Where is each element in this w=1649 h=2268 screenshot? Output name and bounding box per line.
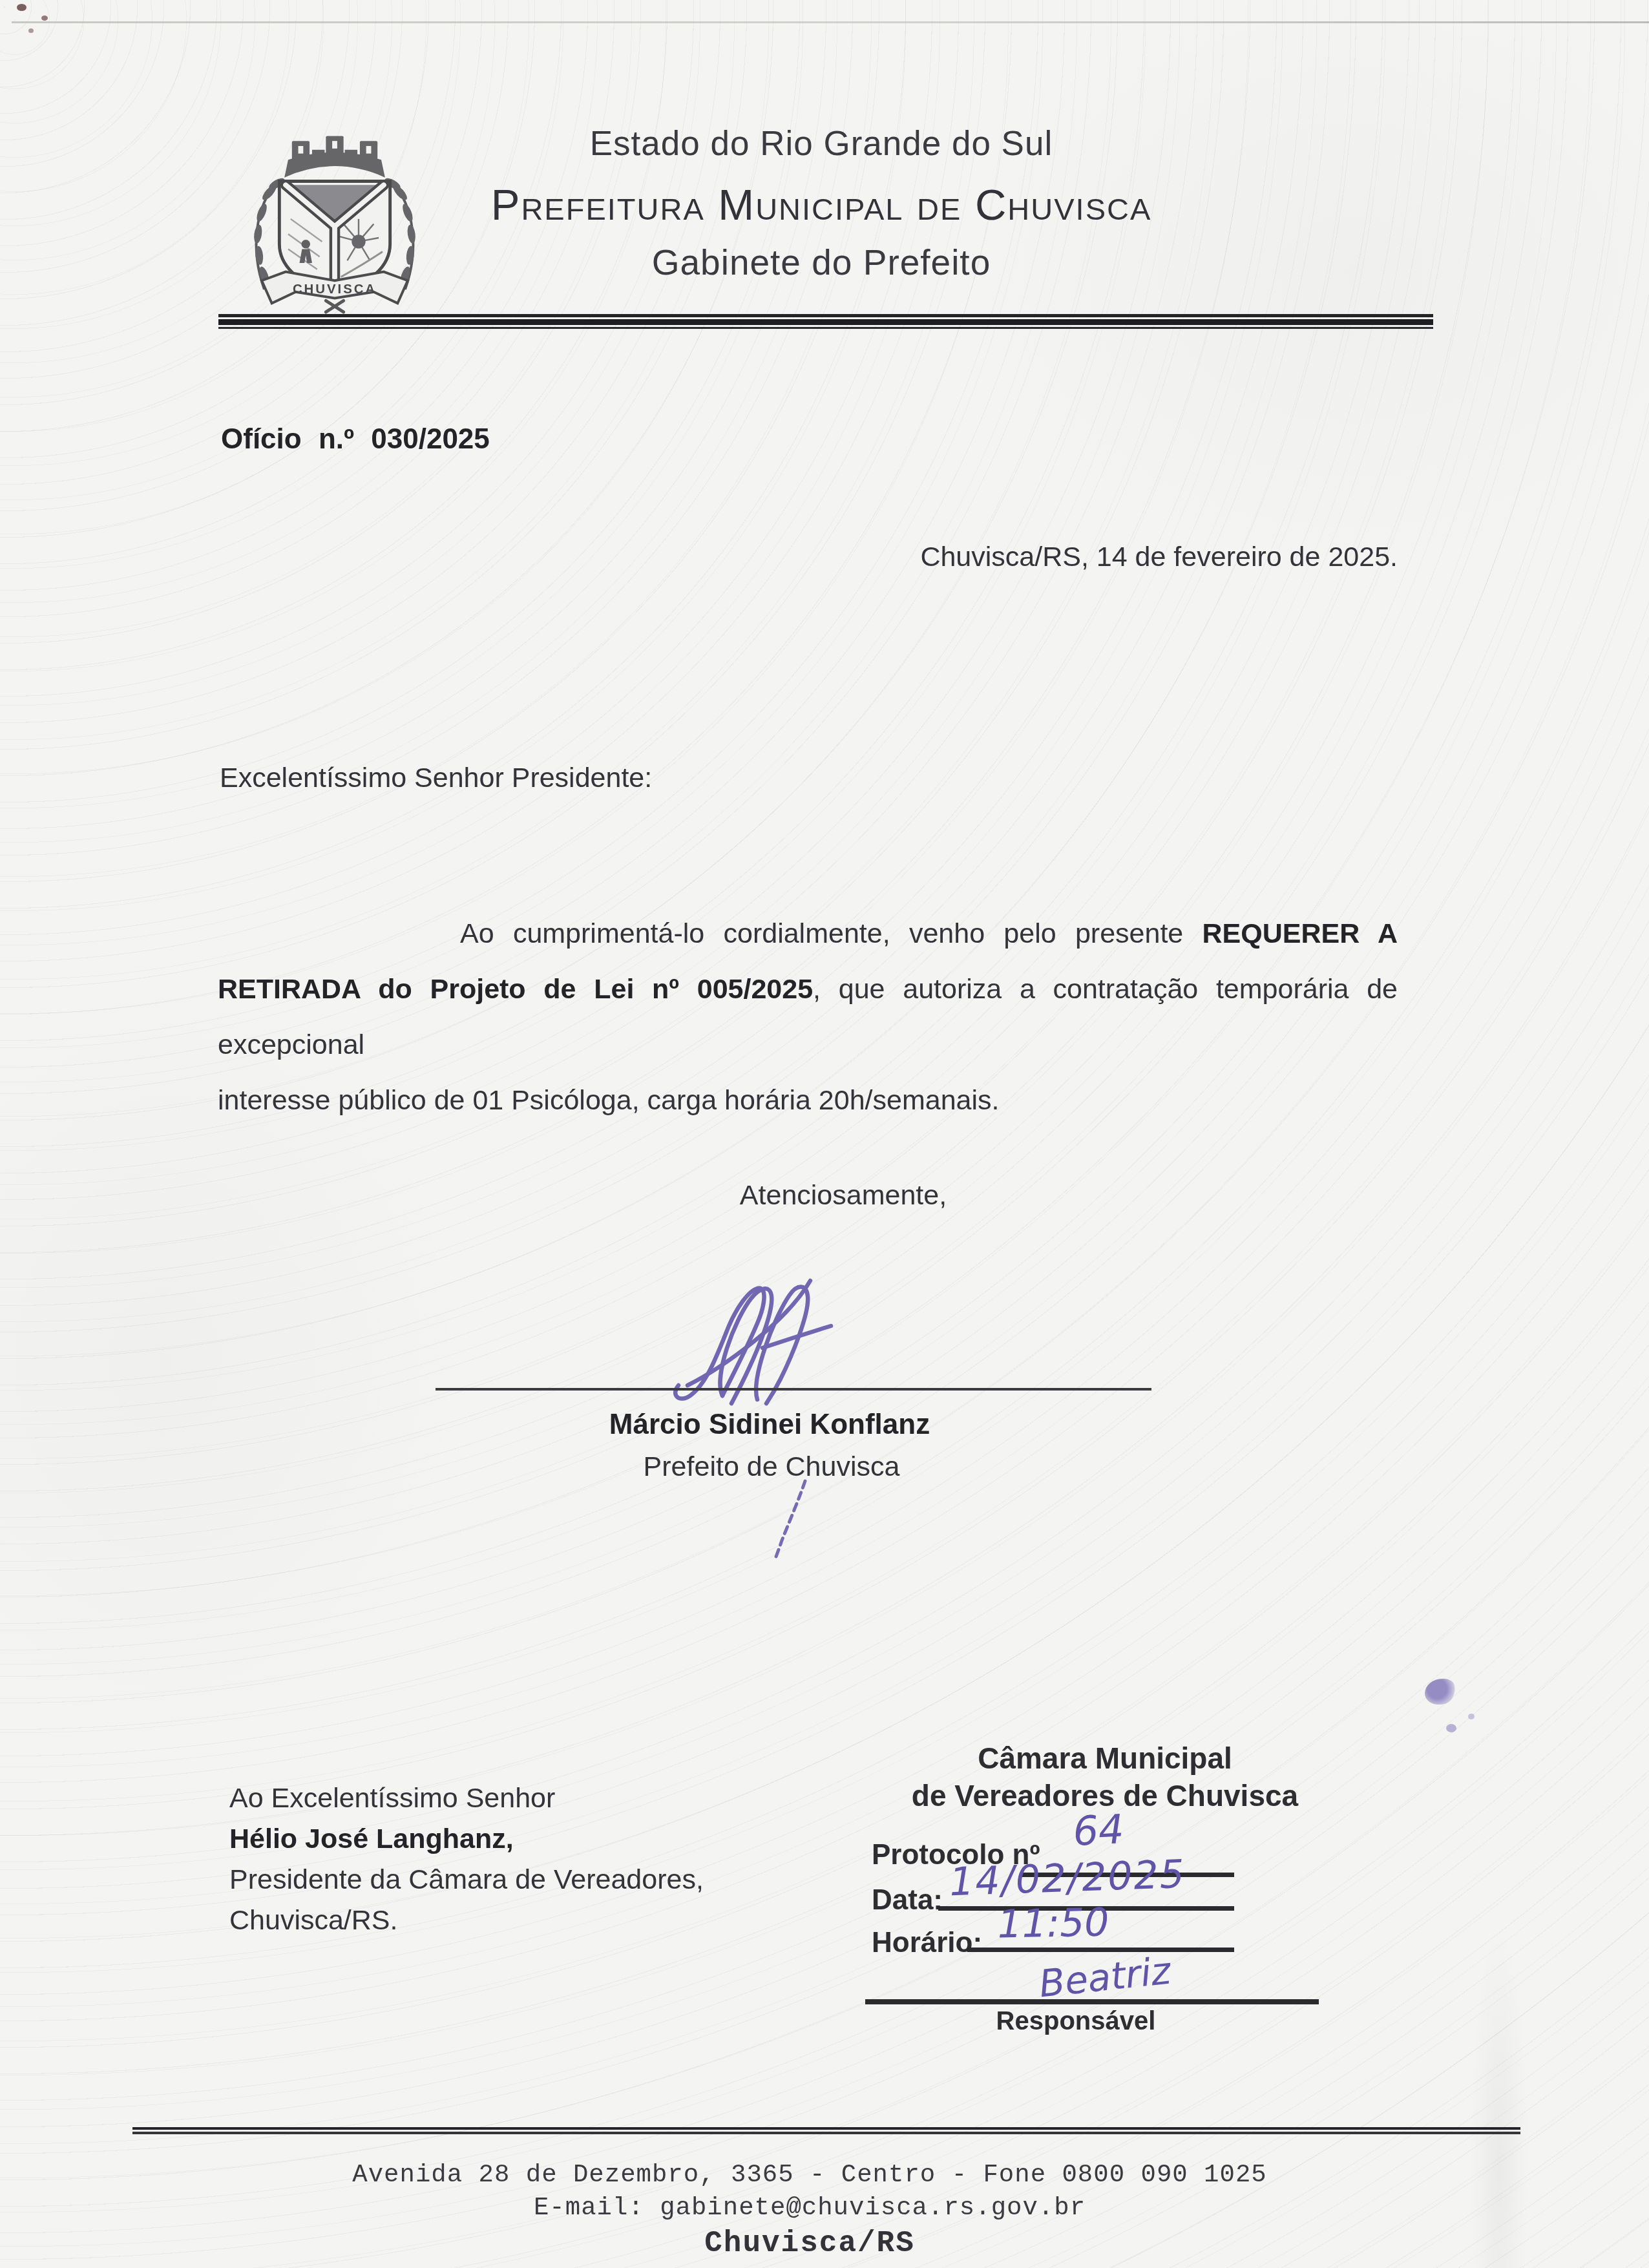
coat-of-arms-icon: CHUVISCA bbox=[240, 115, 429, 317]
letterhead: Estado do Rio Grande do Sul Prefeitura M… bbox=[414, 124, 1229, 283]
body-line-1: Ao cumprimentá-lo cordialmente, venho pe… bbox=[218, 906, 1398, 961]
stamp-title-line1: Câmara Municipal bbox=[911, 1741, 1299, 1776]
salutation: Excelentíssimo Senhor Presidente: bbox=[220, 762, 652, 794]
stamp-date-value-handwritten: 14/02/2025 bbox=[931, 1851, 1204, 1906]
footer-city: Chuvisca/RS bbox=[228, 2227, 1391, 2260]
body-text: Ao cumprimentá-lo cordialmente, venho pe… bbox=[460, 918, 1183, 949]
ink-smudge bbox=[1446, 1724, 1456, 1732]
letterhead-state: Estado do Rio Grande do Sul bbox=[414, 124, 1229, 163]
stamp-protocol-value-handwritten: 64 bbox=[1033, 1803, 1164, 1857]
footer-divider-rule bbox=[132, 2127, 1520, 2134]
stamp-time-value-handwritten: 11:50 bbox=[969, 1900, 1137, 1948]
body-line-2: RETIRADA do Projeto de Lei nº 005/2025, … bbox=[218, 961, 1398, 1073]
closing-salutation: Atenciosamente, bbox=[714, 1180, 972, 1212]
scanner-artifact-line bbox=[12, 21, 1649, 23]
footer: Avenida 28 de Dezembro, 3365 - Centro - … bbox=[228, 2161, 1391, 2260]
signer-name: Márcio Sidinei Konflanz bbox=[608, 1409, 931, 1441]
body-text-bold: REQUERER A bbox=[1203, 918, 1398, 949]
addressee-title: Presidente da Câmara de Vereadores, bbox=[229, 1860, 704, 1900]
ink-smudge bbox=[1425, 1679, 1456, 1705]
addressee-name: Hélio José Langhanz, bbox=[229, 1819, 704, 1860]
letterhead-municipality: Prefeitura Municipal de Chuvisca bbox=[414, 180, 1229, 230]
coat-of-arms-banner-text: CHUVISCA bbox=[293, 282, 377, 297]
header-divider-rule bbox=[218, 314, 1433, 329]
stamp-time-label: Horário: bbox=[872, 1927, 982, 1959]
body-text-bold: RETIRADA do Projeto de Lei nº 005/2025 bbox=[218, 974, 813, 1005]
document-reference: Ofício n.º 030/2025 bbox=[221, 423, 490, 456]
scanner-speck bbox=[17, 4, 26, 11]
signature-line bbox=[436, 1388, 1151, 1391]
body-line-3: interesse público de 01 Psicóloga, carga… bbox=[218, 1073, 1398, 1128]
addressee-city: Chuvisca/RS. bbox=[229, 1900, 704, 1941]
addressee-block: Ao Excelentíssimo Senhor Hélio José Lang… bbox=[229, 1778, 704, 1941]
stamp-responsible-rule bbox=[865, 1999, 1319, 2004]
footer-email: E-mail: gabinete@chuvisca.rs.gov.br bbox=[228, 2194, 1391, 2222]
document-dateline: Chuvisca/RS, 14 de fevereiro de 2025. bbox=[920, 541, 1398, 573]
scanner-speck bbox=[41, 16, 48, 21]
stray-pen-stroke bbox=[768, 1477, 814, 1561]
mayor-signature-scribble bbox=[659, 1252, 841, 1409]
body-paragraph: Ao cumprimentá-lo cordialmente, venho pe… bbox=[218, 906, 1398, 1128]
ink-smudge bbox=[1468, 1714, 1475, 1719]
addressee-line: Ao Excelentíssimo Senhor bbox=[229, 1778, 704, 1819]
stamp-responsible-label: Responsável bbox=[995, 2007, 1157, 2036]
footer-address: Avenida 28 de Dezembro, 3365 - Centro - … bbox=[228, 2161, 1391, 2189]
scanner-speck bbox=[28, 28, 34, 33]
letterhead-office: Gabinete do Prefeito bbox=[414, 242, 1229, 283]
scanned-official-letter: CHUVISCA Estado do Rio Grande do Sul Pre… bbox=[0, 0, 1649, 2268]
